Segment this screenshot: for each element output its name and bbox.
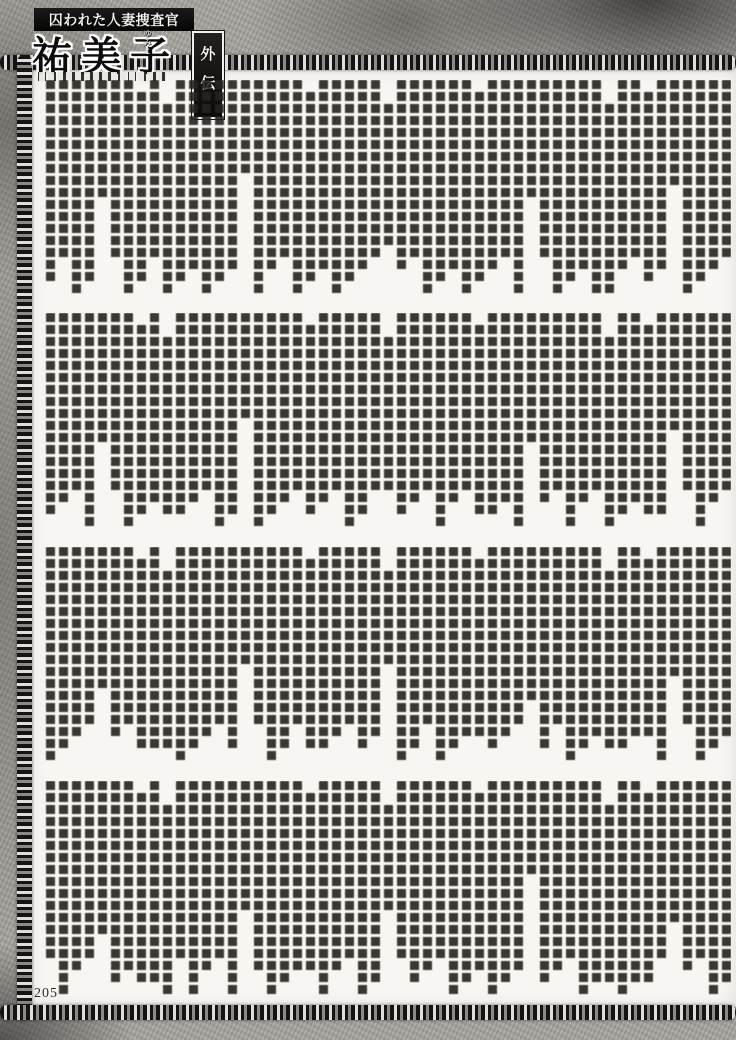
redacted-text-column	[423, 781, 432, 973]
redacted-text-column	[241, 313, 250, 421]
redacted-text-column	[280, 313, 289, 505]
redacted-text-column	[462, 313, 471, 493]
redacted-text-column	[488, 781, 497, 997]
redacted-text-column	[670, 547, 679, 679]
redacted-text-column	[501, 80, 510, 260]
redacted-text-column	[553, 781, 562, 973]
redacted-text-column	[59, 313, 68, 505]
redacted-text-column	[592, 313, 601, 493]
redacted-text-column	[631, 313, 640, 505]
redacted-text-column	[111, 80, 120, 260]
redacted-text-column	[423, 313, 432, 493]
redacted-text-column	[631, 547, 640, 739]
redacted-text-column	[436, 781, 445, 961]
redacted-text-column	[488, 80, 497, 272]
redacted-text-column	[579, 80, 588, 272]
redacted-text-column	[722, 80, 731, 260]
redacted-text-column	[384, 104, 393, 248]
redacted-text-column	[85, 80, 94, 284]
redacted-text-column	[189, 781, 198, 997]
redacted-text-column	[501, 313, 510, 505]
redacted-text-column	[345, 80, 354, 284]
redacted-text-column	[137, 325, 146, 517]
redacted-text-column	[592, 547, 601, 739]
redacted-text-column	[527, 80, 536, 200]
redacted-text-column	[150, 547, 159, 751]
redacted-text-column	[241, 80, 250, 176]
redacted-text-column	[241, 781, 250, 913]
redacted-text-column	[475, 92, 484, 284]
redacted-text-column	[462, 547, 471, 739]
redacted-text-column	[319, 80, 328, 272]
redacted-text-column	[709, 313, 718, 505]
redacted-text-column	[384, 805, 393, 913]
redacted-text-column	[371, 80, 380, 260]
redacted-text-column	[215, 313, 224, 529]
redacted-text-column	[202, 80, 211, 296]
redacted-text-column	[423, 80, 432, 296]
redacted-text-column	[644, 559, 653, 739]
redacted-text-column	[462, 80, 471, 296]
redacted-text-column	[475, 325, 484, 517]
chain-border-bottom	[0, 1005, 736, 1020]
redacted-text-column	[254, 80, 263, 296]
redacted-text-column	[657, 781, 666, 961]
redacted-text-column	[254, 781, 263, 973]
redacted-text-column	[46, 80, 55, 284]
redacted-text-column	[332, 547, 341, 739]
redacted-text-column	[696, 313, 705, 529]
redacted-text-column	[111, 781, 120, 985]
redacted-text-column	[215, 80, 224, 284]
redacted-text-column	[397, 547, 406, 763]
redacted-text-column	[449, 80, 458, 272]
redacted-text-column	[267, 80, 276, 272]
redacted-text-column	[488, 547, 497, 751]
redacted-text-column	[618, 80, 627, 272]
redacted-text-column	[345, 313, 354, 529]
redacted-text-column	[514, 781, 523, 973]
redacted-text-column	[59, 80, 68, 260]
chain-border-left	[17, 55, 32, 1020]
redacted-text-column	[540, 80, 549, 260]
redacted-text-column	[436, 547, 445, 763]
redacted-text-column	[72, 80, 81, 296]
redacted-text-column	[683, 313, 692, 493]
book-page-scan: { "window": { "width": 736, "height": 10…	[0, 0, 736, 1040]
redacted-text-column	[722, 313, 731, 493]
redacted-text-column	[46, 313, 55, 517]
redacted-text-column	[475, 559, 484, 739]
redacted-text-column	[410, 781, 419, 985]
redacted-text-column	[72, 313, 81, 493]
redacted-text-column	[124, 80, 133, 296]
redacted-text-column	[163, 337, 172, 517]
redacted-text-column	[605, 337, 614, 529]
redacted-text-column	[592, 80, 601, 296]
redacted-text-column	[254, 313, 263, 529]
redacted-text-column	[371, 547, 380, 739]
redacted-text-column	[332, 313, 341, 493]
redacted-text-column	[111, 313, 120, 493]
redacted-text-column	[670, 313, 679, 433]
redacted-text-column	[722, 781, 731, 985]
redacted-text-column	[618, 313, 627, 517]
redacted-text-column	[85, 547, 94, 727]
redacted-text-column	[228, 313, 237, 517]
redacted-text-column	[579, 547, 588, 751]
redacted-text-column	[514, 313, 523, 529]
redacted-text-column	[657, 80, 666, 272]
redacted-text-column	[709, 781, 718, 997]
redacted-text-column	[540, 781, 549, 985]
redacted-text-column	[358, 313, 367, 517]
redacted-text-column	[98, 80, 107, 200]
main-title-furigana: ゆみこ	[142, 29, 153, 56]
redacted-text-column	[267, 781, 276, 997]
redacted-text-column	[228, 547, 237, 751]
redacted-text-column	[280, 781, 289, 985]
redacted-text-column	[332, 80, 341, 296]
redacted-text-column	[722, 547, 731, 739]
redacted-text-column	[670, 80, 679, 188]
redacted-text-column	[202, 547, 211, 739]
redacted-text-column	[150, 313, 159, 505]
redacted-text-column	[410, 80, 419, 260]
redacted-text-column	[124, 781, 133, 973]
redacted-text-column	[332, 781, 341, 973]
redacted-text-column	[462, 781, 471, 985]
redacted-text-column	[267, 313, 276, 517]
redacted-text-column	[566, 80, 575, 284]
redacted-text-column	[410, 313, 419, 505]
redacted-text-column	[501, 547, 510, 739]
redacted-text-column	[150, 80, 159, 260]
redacted-text-column	[124, 313, 133, 529]
text-band-2	[39, 313, 731, 537]
redacted-text-column	[514, 547, 523, 727]
redacted-text-column	[553, 547, 562, 727]
redacted-text-column	[72, 781, 81, 973]
redacted-text-column	[553, 313, 562, 493]
redacted-text-column	[696, 781, 705, 961]
redacted-text-column	[540, 547, 549, 751]
redacted-text-column	[59, 781, 68, 997]
page-number: 205	[34, 986, 58, 1002]
redacted-text-column	[696, 547, 705, 763]
redacted-text-column	[384, 337, 393, 493]
redacted-text-column	[189, 313, 198, 505]
redacted-text-column	[293, 781, 302, 973]
redacted-text-column	[293, 80, 302, 296]
redacted-text-column	[475, 793, 484, 973]
redacted-text-column	[683, 547, 692, 727]
redacted-text-column	[293, 313, 302, 493]
redacted-text-column	[98, 781, 107, 937]
redacted-text-column	[137, 559, 146, 751]
redacted-text-column	[358, 781, 367, 997]
redacted-text-column	[137, 793, 146, 985]
redacted-text-column	[254, 547, 263, 727]
redacted-text-column	[436, 80, 445, 284]
redacted-text-column	[631, 80, 640, 260]
redacted-text-column	[514, 80, 523, 296]
redacted-text-column	[371, 313, 380, 493]
redacted-text-column	[202, 313, 211, 493]
redacted-text-column	[306, 92, 315, 284]
redacted-text-column	[527, 313, 536, 445]
redacted-text-column	[85, 781, 94, 961]
redacted-text-column	[436, 313, 445, 529]
redacted-text-column	[566, 781, 575, 961]
redacted-text-column	[553, 80, 562, 296]
redacted-text-column	[111, 547, 120, 739]
redacted-text-column	[215, 547, 224, 727]
redacted-text-column	[228, 80, 237, 272]
redacted-text-column	[644, 92, 653, 284]
redacted-text-column	[605, 104, 614, 296]
redacted-text-column	[280, 80, 289, 260]
redacted-text-column	[280, 547, 289, 751]
redacted-text-column	[384, 571, 393, 667]
text-band-3	[39, 547, 731, 771]
redacted-text-column	[696, 80, 705, 284]
text-band-1	[39, 80, 731, 304]
redacted-text-column	[527, 781, 536, 877]
redacted-text-column	[306, 559, 315, 751]
redacted-text-column	[98, 547, 107, 691]
redacted-text-column	[189, 547, 198, 751]
redacted-text-column	[709, 80, 718, 272]
redacted-text-column	[163, 805, 172, 997]
redacted-text-column	[449, 781, 458, 997]
redacted-text-column	[709, 547, 718, 751]
redacted-text-column	[163, 104, 172, 296]
redacted-text-column	[657, 313, 666, 517]
redacted-text-column	[46, 781, 55, 961]
redacted-text-column	[306, 793, 315, 973]
redacted-text-column	[670, 781, 679, 925]
redacted-text-column	[657, 547, 666, 763]
redacted-text-column	[319, 313, 328, 505]
redacted-text-column	[397, 313, 406, 517]
redacted-text-column	[618, 781, 627, 997]
redacted-text-column	[228, 781, 237, 997]
redacted-text-column	[631, 781, 640, 985]
redacted-text-column	[358, 547, 367, 751]
redacted-text-column	[579, 781, 588, 997]
redacted-text-column	[345, 781, 354, 961]
redacted-text-column	[397, 80, 406, 272]
redacted-text-column	[566, 547, 575, 763]
redacted-text-column	[176, 547, 185, 763]
redacted-text-column	[423, 547, 432, 727]
redacted-text-column	[644, 793, 653, 985]
redacted-text-column	[397, 781, 406, 961]
redacted-text-column	[579, 313, 588, 505]
redacted-text-column	[241, 547, 250, 667]
redacted-text-column	[215, 781, 224, 961]
redacted-text-column	[618, 547, 627, 751]
redacted-text-column	[488, 313, 497, 517]
redacted-text-column	[527, 547, 536, 703]
redacted-text-column	[501, 781, 510, 985]
redacted-text-column	[85, 313, 94, 529]
redacted-text-column	[72, 547, 81, 739]
redacted-text-column	[566, 313, 575, 529]
redacted-text-column	[358, 80, 367, 272]
redacted-text-column	[410, 547, 419, 751]
redacted-text-column	[605, 805, 614, 985]
redacted-text-column	[683, 80, 692, 296]
redacted-text-column	[592, 781, 601, 985]
redacted-text-column	[176, 781, 185, 961]
redacted-text-column	[176, 80, 185, 284]
redacted-text-column	[46, 547, 55, 763]
text-band-4	[39, 781, 731, 1005]
redacted-text-column	[98, 313, 107, 445]
redacted-text-column	[124, 547, 133, 727]
redacted-text-column	[150, 781, 159, 985]
redacted-text-column	[319, 547, 328, 751]
redacted-text-column	[449, 547, 458, 751]
redacted-text-column	[605, 571, 614, 751]
redacted-text-column	[449, 313, 458, 505]
redacted-text-column	[202, 781, 211, 973]
redacted-text-column	[644, 325, 653, 517]
redacted-text-column	[319, 781, 328, 997]
redacted-text-column	[163, 571, 172, 751]
redacted-text-column	[176, 313, 185, 517]
redacted-text-column	[137, 92, 146, 284]
redacted-text-column	[59, 547, 68, 751]
redacted-text-column	[267, 547, 276, 763]
redacted-text-column	[345, 547, 354, 727]
redacted-text-column	[371, 781, 380, 985]
redacted-text-column	[306, 325, 315, 517]
redacted-text-column	[293, 547, 302, 727]
redacted-text-column	[540, 313, 549, 505]
redacted-text-column	[683, 781, 692, 973]
redacted-text-column	[189, 80, 198, 272]
